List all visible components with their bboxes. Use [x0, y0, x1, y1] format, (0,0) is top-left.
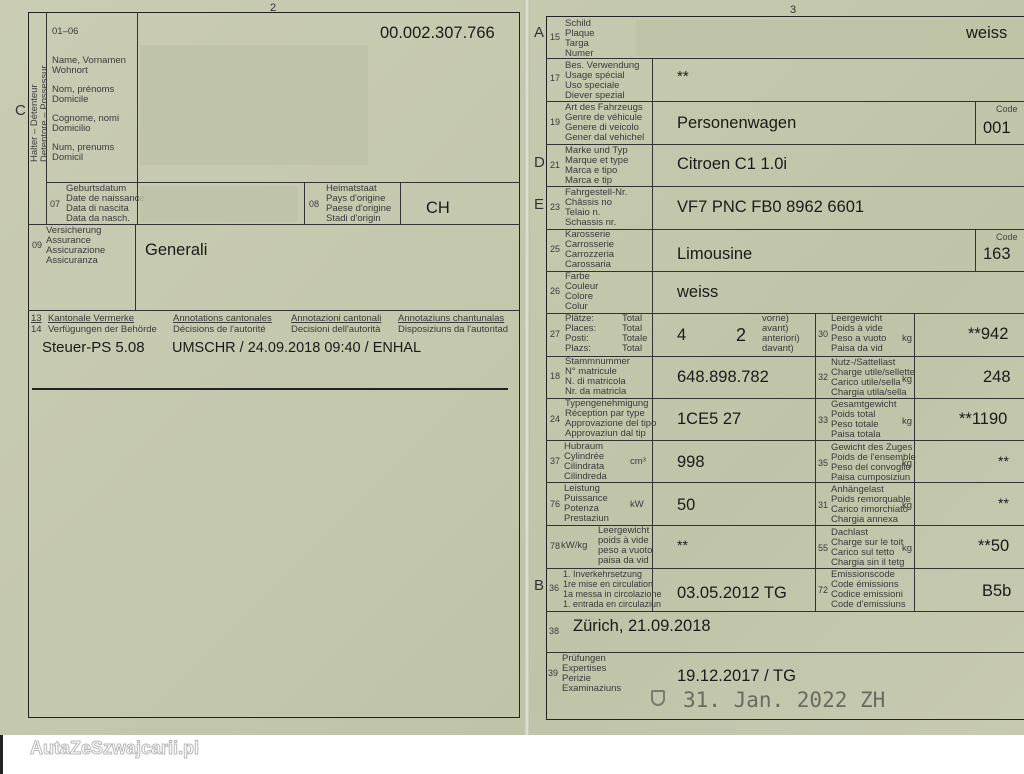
field-number: 55 — [818, 543, 828, 553]
label: 1a messa in circolazione — [563, 589, 662, 599]
emission-code-labels: Emissionscode Code émissions Codice emis… — [831, 570, 906, 610]
field-number: 36 — [549, 583, 559, 593]
field-number: 27 — [550, 329, 560, 339]
total-weight-labels: Gesamtgewicht Poids total Peso totale Pa… — [831, 400, 896, 440]
displacement-labels: Hubraum Cylindrée Cilindrata Cilindreda — [564, 442, 607, 482]
holder-labels: Name, Vornamen Wohnort Nom, prénoms Domi… — [52, 56, 126, 163]
first-registration-value: 03.05.2012 TG — [677, 584, 787, 603]
label: Plazs: — [565, 344, 596, 354]
issue-place-date-value: Zürich, 21.09.2018 — [573, 617, 711, 636]
unit: kW/kg — [561, 540, 587, 551]
power-labels: Leistung Puissance Potenza Prestaziun — [564, 484, 609, 524]
roof-load-labels: Dachlast Charge sur le toit Carico sul t… — [831, 528, 904, 568]
make-model-labels: Marke und Typ Marque et type Marca e tip… — [565, 146, 628, 186]
label: Diever spezial — [565, 91, 639, 101]
inspection-stamp: 31. Jan. 2022 ZH — [683, 688, 885, 712]
label: Carossaria — [565, 260, 614, 270]
divider — [400, 182, 401, 224]
plate-value: weiss — [966, 24, 1007, 43]
field-number: 14 — [31, 324, 42, 335]
chassis-value: VF7 PNC FB0 8962 6601 — [677, 198, 864, 217]
field-number: 09 — [32, 240, 42, 250]
empty-weight-labels: Leergewicht Poids à vide Peso a vuoto Pa… — [831, 314, 886, 354]
canton-shield-icon — [651, 690, 665, 706]
payload-value: 248 — [983, 368, 1011, 387]
section-letter-e: E — [534, 196, 544, 213]
base-number-value: 648.898.782 — [677, 368, 769, 387]
base-number-labels: Stammnummer N° matricule N. di matricola… — [565, 357, 630, 397]
page-number-right: 3 — [790, 4, 796, 16]
label: 1re mise en circulation — [563, 579, 662, 589]
field-number: 15 — [550, 32, 560, 42]
label: Assicuranza — [46, 256, 105, 266]
type-approval-value: 1CE5 27 — [677, 410, 741, 429]
annotation-underline — [32, 388, 508, 390]
redacted-birthdate — [140, 186, 298, 222]
annotation-rm: Annotaziuns chantunalas Disposiziuns da … — [398, 313, 508, 335]
label: Cilindreda — [564, 472, 607, 482]
field-number: 32 — [818, 372, 828, 382]
code-label: Code — [996, 232, 1018, 242]
divider — [135, 224, 136, 310]
field-number: 38 — [549, 626, 559, 636]
section-letter-d: D — [534, 154, 545, 171]
annotation-numbers: 13 14 — [31, 313, 42, 335]
seats-front-value: 2 — [736, 325, 746, 346]
label: Domicil — [52, 153, 126, 163]
divider — [546, 229, 1024, 230]
train-weight-value: ** — [998, 453, 1009, 469]
label: Paisa totala — [831, 430, 896, 440]
field-number: 23 — [550, 202, 560, 212]
unit: kg — [902, 500, 912, 511]
label: Paisa da vid — [831, 344, 886, 354]
section-letter-b: B — [534, 577, 544, 594]
field-number: 19 — [550, 117, 560, 127]
birthdate-labels: Geburtsdatum Date de naissance Data di n… — [66, 184, 145, 224]
divider — [546, 440, 1024, 441]
make-model-value: Citroen C1 1.0i — [677, 155, 787, 174]
label: Annotaziuns chantunalas — [398, 313, 508, 324]
divider — [975, 101, 976, 144]
unit: kg — [902, 416, 912, 427]
label: Marca e tip — [565, 176, 628, 186]
label: Annotations cantonales — [173, 313, 272, 324]
label: Domicile — [52, 95, 126, 105]
label: Gener dal vehichel — [565, 133, 644, 143]
label: Schassis nr. — [565, 218, 627, 228]
label: Colur — [565, 302, 598, 312]
label: paisa da vid — [598, 556, 652, 566]
label: Disposiziuns da l'autoritad — [398, 324, 508, 335]
type-approval-labels: Typengenehmigung Réception par type Appr… — [565, 399, 656, 439]
seats-total-value: 4 — [677, 326, 686, 345]
vehicle-type-code: 001 — [983, 119, 1011, 138]
roof-load-value: **50 — [978, 537, 1009, 556]
annotation-it: Annotazioni cantonali Decisioni dell'aut… — [291, 313, 381, 335]
divider — [28, 310, 520, 311]
unit: kg — [902, 333, 912, 344]
page-fold — [524, 0, 530, 735]
divider — [975, 229, 976, 271]
field-number: 18 — [550, 371, 560, 381]
total-weight-value: **1190 — [959, 410, 1007, 429]
divider — [546, 482, 1024, 483]
holder-label-2: Detentore – Possessur — [39, 65, 50, 162]
field-number: 35 — [818, 458, 828, 468]
power-weight-value: ** — [677, 537, 688, 553]
divider — [304, 182, 305, 224]
label: Examinaziuns — [562, 684, 621, 694]
field-number: 24 — [550, 414, 560, 424]
body-labels: Karosserie Carrosserie Carrozzeria Caros… — [565, 230, 614, 270]
label: davant) — [762, 344, 800, 354]
divider — [546, 652, 1024, 653]
label: Décisions de l'autorité — [173, 324, 272, 335]
annotation-entry-tax-hp: Steuer-PS 5.08 — [42, 339, 145, 356]
label: Total — [622, 344, 647, 354]
empty-weight-value: **942 — [968, 325, 1008, 344]
divider — [546, 58, 1024, 59]
field-number: 07 — [50, 199, 60, 209]
code-label: Code — [996, 104, 1018, 114]
special-use-value: ** — [677, 68, 689, 85]
label: Prestaziun — [564, 514, 609, 524]
power-weight-labels: Leergewicht poids à vide peso a vuoto pa… — [598, 526, 652, 566]
special-use-labels: Bes. Verwendung Usage spécial Uso specia… — [565, 61, 639, 101]
field-number: 17 — [550, 73, 560, 83]
label: 1. Inverkehrsetzung — [563, 569, 662, 579]
first-registration-labels: 1. Inverkehrsetzung 1re mise en circulat… — [563, 569, 662, 609]
seats-front-labels: vorne) avant) anteriori) davant) — [762, 314, 800, 354]
trailer-load-labels: Anhängelast Poids remorquable Carico rim… — [831, 485, 911, 525]
plate-labels: Schild Plaque Targa Numer — [565, 19, 595, 59]
label: Annotazioni cantonali — [291, 313, 381, 324]
annotation-entry-transfer: UMSCHR / 24.09.2018 09:40 / ENHAL — [172, 340, 421, 356]
insurance-value: Generali — [145, 241, 207, 260]
body-value: Limousine — [677, 245, 752, 264]
insurance-labels: Versicherung Assurance Assicurazione Ass… — [46, 226, 105, 266]
field-number: 39 — [548, 668, 558, 678]
holder-field-number: 01–06 — [52, 27, 78, 37]
field-number: 33 — [818, 415, 828, 425]
label: Verfügungen der Behörde — [48, 324, 157, 335]
divider — [546, 611, 1024, 612]
origin-value: CH — [426, 199, 450, 218]
field-number: 76 — [550, 499, 560, 509]
section-letter-a: A — [534, 24, 544, 41]
field-number: 72 — [818, 585, 828, 595]
label: Domicilio — [52, 124, 126, 134]
column-divider — [815, 313, 816, 611]
field-number: 31 — [818, 500, 828, 510]
divider — [546, 271, 1024, 272]
field-number: 08 — [309, 199, 319, 209]
registration-document: 2 C Halter – Détenteur Detentore – Posse… — [0, 0, 1024, 735]
unit: kg — [902, 374, 912, 385]
page-edge — [0, 735, 3, 774]
body-code: 163 — [983, 245, 1011, 264]
inspections-labels: Prüfungen Expertises Perizie Examinaziun… — [562, 654, 621, 694]
displacement-value: 998 — [677, 453, 705, 472]
label: Chargia utila/sella — [831, 388, 915, 398]
emission-code-value: B5b — [982, 582, 1011, 601]
trailer-load-value: ** — [998, 495, 1009, 511]
inspection-value: 19.12.2017 / TG — [677, 667, 796, 686]
color-value: weiss — [677, 283, 718, 302]
field-number: 26 — [550, 286, 560, 296]
unit: kg — [902, 458, 912, 469]
label: Nr. da matricla — [565, 387, 630, 397]
label: Approvaziun dal tip — [565, 429, 656, 439]
holder-vertical-label-2: Detentore – Possessur — [40, 65, 50, 162]
field-number: 30 — [818, 329, 828, 339]
vehicle-type-labels: Art des Fahrzeugs Genre de véhicule Gene… — [565, 103, 644, 143]
chassis-labels: Fahrgestell-Nr. Châssis no Telaio n. Sch… — [565, 188, 627, 228]
redacted-holder-name — [140, 45, 368, 165]
annotation-de: Kantonale Vermerke Verfügungen der Behör… — [48, 313, 157, 335]
power-value: 50 — [677, 496, 695, 515]
label: Chargia sin il tetg — [831, 558, 904, 568]
document-number: 00.002.307.766 — [380, 24, 495, 43]
unit: kg — [902, 543, 912, 554]
seats-total-labels: Total Total Totale Total — [622, 314, 647, 354]
label: 1. entrada en circulaziun — [563, 599, 662, 609]
label: Data da nasch. — [66, 214, 145, 224]
label: Code d'emissiuns — [831, 600, 906, 610]
vehicle-type-value: Personenwagen — [677, 114, 796, 133]
label: Chargia annexa — [831, 515, 911, 525]
origin-labels: Heimatstaat Pays d'origine Paese d'origi… — [326, 184, 391, 224]
unit: cm³ — [630, 456, 646, 467]
field-number: 78 — [550, 541, 560, 551]
color-labels: Farbe Couleur Colore Colur — [565, 272, 598, 312]
unit: kW — [630, 499, 644, 510]
label: Decisioni dell'autorità — [291, 324, 381, 335]
annotation-fr: Annotations cantonales Décisions de l'au… — [173, 313, 272, 335]
label: Stadi d'origin — [326, 214, 391, 224]
seats-labels: Plätze: Places: Posti: Plazs: — [565, 314, 596, 354]
field-number: 21 — [550, 160, 560, 170]
field-number: 37 — [550, 456, 560, 466]
field-number: 25 — [550, 244, 560, 254]
section-letter-c: C — [15, 102, 26, 119]
label: Kantonale Vermerke — [48, 313, 157, 324]
watermark: AutaZeSzwajcarii.pl — [30, 738, 199, 759]
field-number: 13 — [31, 313, 42, 324]
label: Wohnort — [52, 66, 126, 76]
divider — [28, 224, 520, 225]
